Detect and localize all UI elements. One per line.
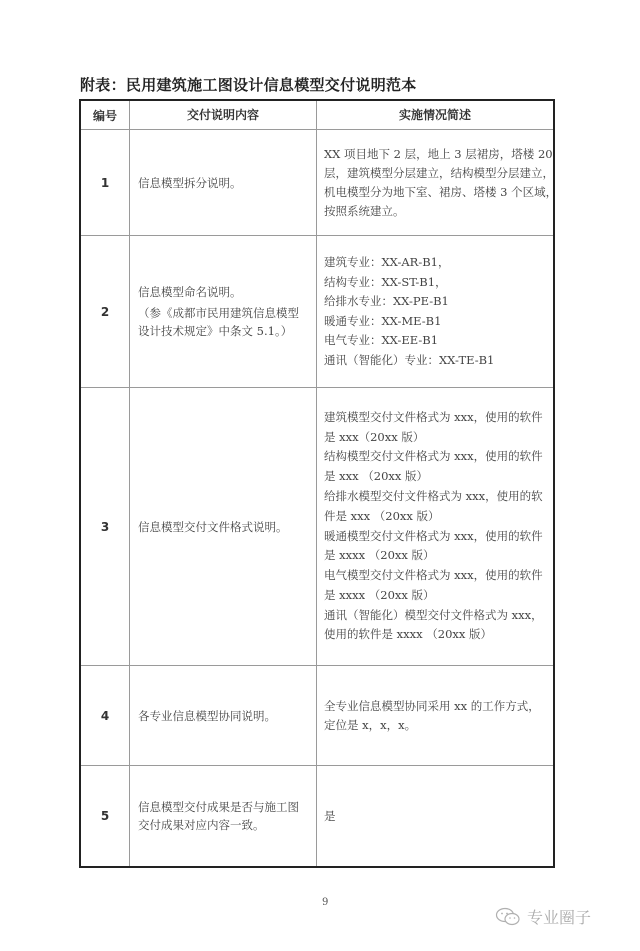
table-row: 2 信息模型命名说明。 （参《成都市民用建筑信息模型 设计技术规定》中条文 5.… bbox=[81, 236, 553, 388]
delivery-spec-table: 编号 交付说明内容 实施情况简述 1 信息模型拆分说明。 XX 项目地下 2 层… bbox=[79, 99, 555, 868]
implementation-line: 给排水模型交付文件格式为 xxx，使用的软 bbox=[324, 487, 543, 507]
description-line: 各专业信息模型协同说明。 bbox=[138, 707, 276, 725]
description-line: 设计技术规定》中条文 5.1。） bbox=[138, 322, 299, 340]
implementation-line: 暖通模型交付文件格式为 xxx，使用的软件 bbox=[324, 527, 543, 547]
row-description: 信息模型命名说明。 （参《成都市民用建筑信息模型 设计技术规定》中条文 5.1。… bbox=[130, 236, 317, 387]
row-implementation: 全专业信息模型协同采用 xx 的工作方式， 定位是 x，x，x。 bbox=[317, 666, 553, 765]
implementation-line: 是 xxx（20xx 版） bbox=[324, 428, 543, 448]
description-line: 信息模型拆分说明。 bbox=[138, 174, 242, 192]
table-header-row: 编号 交付说明内容 实施情况简述 bbox=[81, 101, 553, 130]
implementation-line: 建筑模型交付文件格式为 xxx，使用的软件 bbox=[324, 408, 543, 428]
row-description: 各专业信息模型协同说明。 bbox=[130, 666, 317, 765]
header-implementation-summary: 实施情况简述 bbox=[317, 101, 553, 129]
row-number: 5 bbox=[81, 766, 130, 866]
row-number: 3 bbox=[81, 388, 130, 665]
row-number: 1 bbox=[81, 130, 130, 235]
table-row: 5 信息模型交付成果是否与施工图 交付成果对应内容一致。 是 bbox=[81, 766, 553, 866]
implementation-line: 是 bbox=[324, 807, 336, 826]
implementation-line: 结构专业：XX-ST-B1， bbox=[324, 273, 494, 293]
table-row: 4 各专业信息模型协同说明。 全专业信息模型协同采用 xx 的工作方式， 定位是… bbox=[81, 666, 553, 766]
row-number: 4 bbox=[81, 666, 130, 765]
row-implementation: 建筑模型交付文件格式为 xxx，使用的软件 是 xxx（20xx 版） 结构模型… bbox=[317, 388, 553, 665]
description-line: 信息模型交付成果是否与施工图 bbox=[138, 798, 299, 816]
page-title: 附表：民用建筑施工图设计信息模型交付说明范本 bbox=[80, 74, 417, 95]
implementation-line: 件是 xxx （20xx 版） bbox=[324, 507, 543, 527]
implementation-line: 暖通专业：XX-ME-B1 bbox=[324, 312, 494, 332]
row-implementation: XX 项目地下 2 层，地上 3 层裙房，塔楼 20 层，建筑模型分层建立，结构… bbox=[317, 130, 553, 235]
page-number: 9 bbox=[322, 897, 328, 908]
implementation-line: 使用的软件是 xxxx （20xx 版） bbox=[324, 625, 543, 645]
header-number: 编号 bbox=[81, 101, 130, 129]
row-implementation: 是 bbox=[317, 766, 553, 866]
implementation-line: 电气模型交付文件格式为 xxx，使用的软件 bbox=[324, 566, 543, 586]
implementation-line: 建筑专业：XX-AR-B1， bbox=[324, 253, 494, 273]
implementation-line: 结构模型交付文件格式为 xxx，使用的软件 bbox=[324, 447, 543, 467]
table-row: 3 信息模型交付文件格式说明。 建筑模型交付文件格式为 xxx，使用的软件 是 … bbox=[81, 388, 553, 666]
row-number: 2 bbox=[81, 236, 130, 387]
implementation-line: 机电模型分为地下室、裙房、塔楼 3 个区域， bbox=[324, 183, 557, 202]
implementation-line: 电气专业：XX-EE-B1 bbox=[324, 331, 494, 351]
implementation-line: 给排水专业：XX-PE-B1 bbox=[324, 292, 494, 312]
description-line: 交付成果对应内容一致。 bbox=[138, 816, 299, 834]
description-line: 信息模型命名说明。 bbox=[138, 283, 299, 301]
table-row: 1 信息模型拆分说明。 XX 项目地下 2 层，地上 3 层裙房，塔楼 20 层… bbox=[81, 130, 553, 236]
row-description: 信息模型交付文件格式说明。 bbox=[130, 388, 317, 665]
row-implementation: 建筑专业：XX-AR-B1， 结构专业：XX-ST-B1， 给排水专业：XX-P… bbox=[317, 236, 553, 387]
implementation-line: 是 xxxx （20xx 版） bbox=[324, 546, 543, 566]
wechat-icon bbox=[495, 907, 521, 927]
implementation-line: 是 xxxx （20xx 版） bbox=[324, 586, 543, 606]
row-description: 信息模型交付成果是否与施工图 交付成果对应内容一致。 bbox=[130, 766, 317, 866]
row-description: 信息模型拆分说明。 bbox=[130, 130, 317, 235]
watermark-text: 专业圈子 bbox=[527, 905, 591, 928]
implementation-line: XX 项目地下 2 层，地上 3 层裙房，塔楼 20 bbox=[324, 145, 557, 164]
implementation-line: 全专业信息模型协同采用 xx 的工作方式， bbox=[324, 697, 540, 716]
description-line: 信息模型交付文件格式说明。 bbox=[138, 518, 288, 536]
implementation-line: 通讯（智能化）模型交付文件格式为 xxx， bbox=[324, 606, 543, 626]
description-line: （参《成都市民用建筑信息模型 bbox=[138, 304, 299, 322]
header-delivery-content: 交付说明内容 bbox=[130, 101, 317, 129]
implementation-line: 通讯（智能化）专业：XX-TE-B1 bbox=[324, 351, 494, 371]
implementation-line: 按照系统建立。 bbox=[324, 202, 557, 221]
watermark: 专业圈子 bbox=[495, 905, 591, 928]
implementation-line: 层，建筑模型分层建立，结构模型分层建立， bbox=[324, 164, 557, 183]
implementation-line: 定位是 x，x，x。 bbox=[324, 716, 540, 735]
implementation-line: 是 xxx （20xx 版） bbox=[324, 467, 543, 487]
